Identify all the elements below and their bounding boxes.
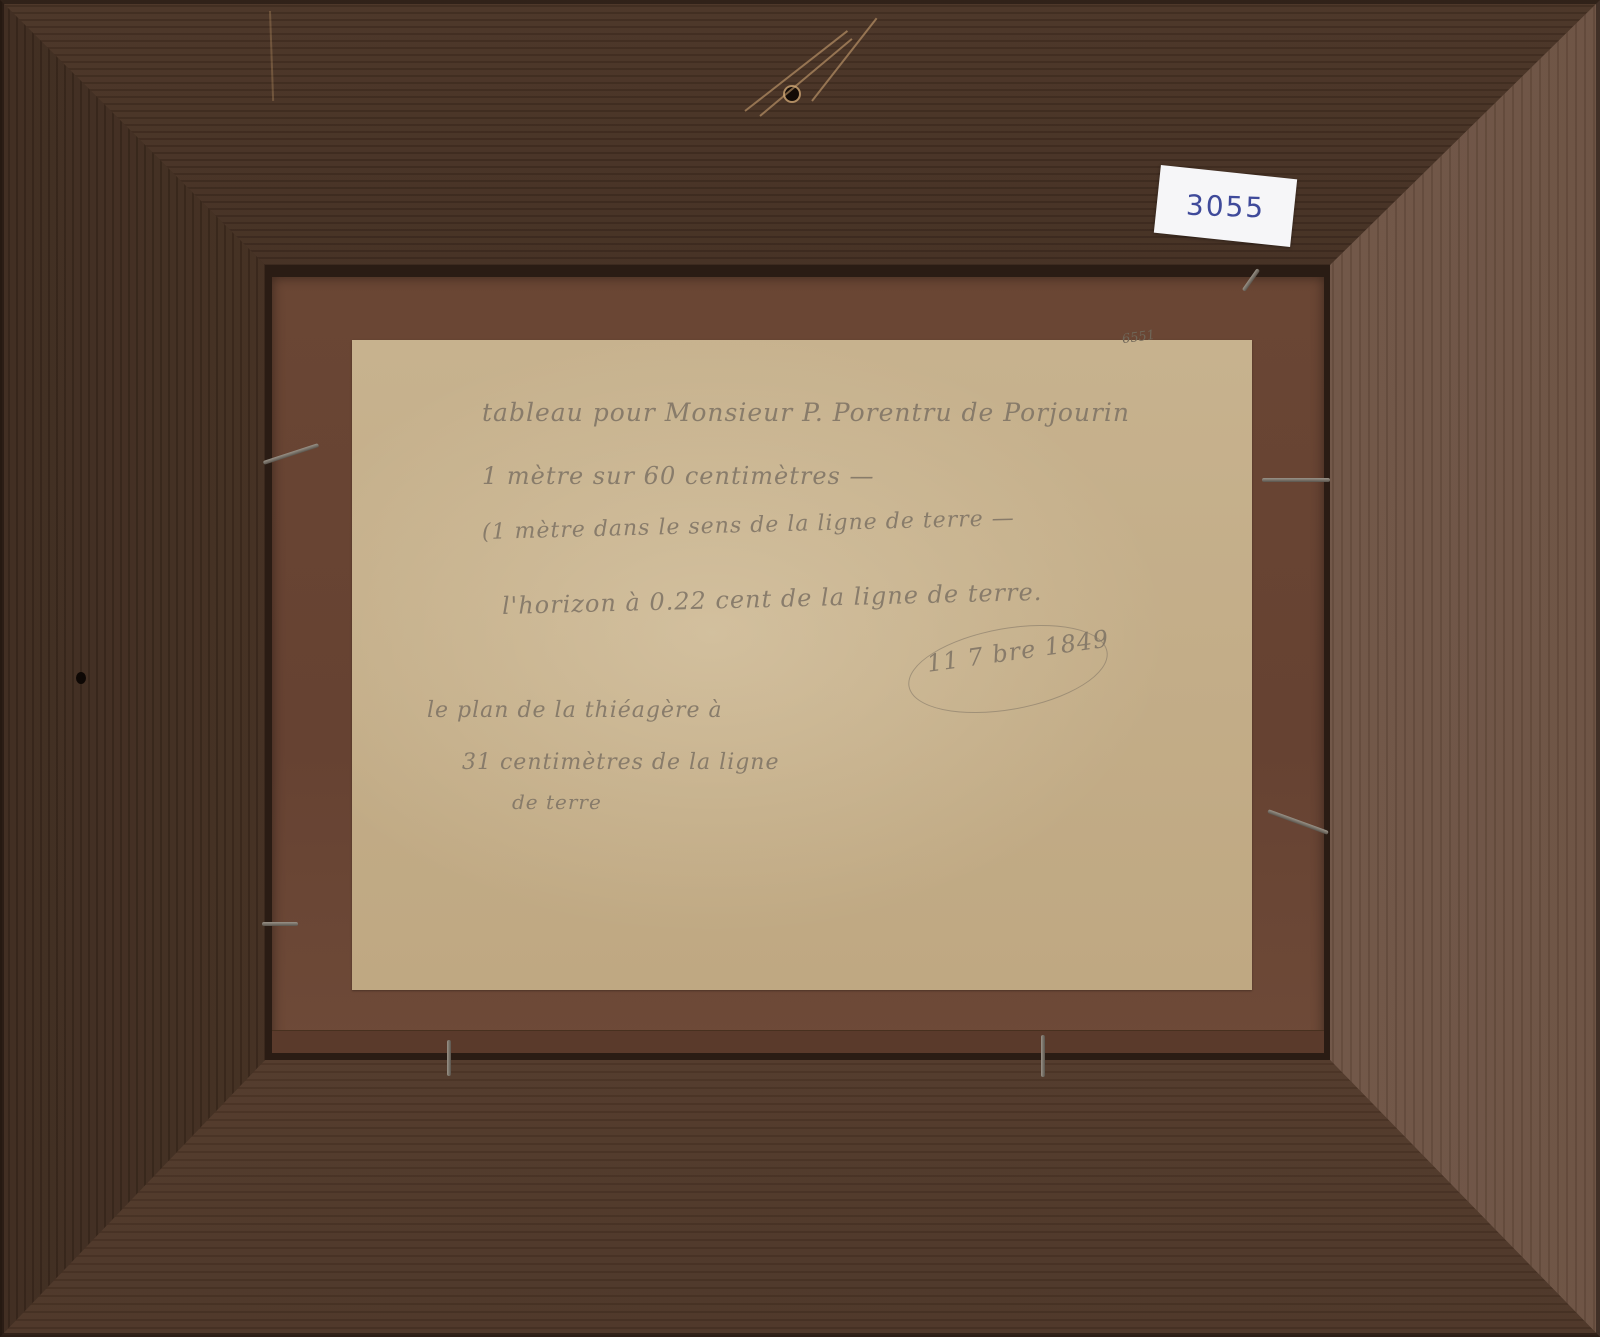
- note-line-8: de terre: [512, 790, 602, 814]
- inventory-sticker: 3055: [1154, 165, 1297, 247]
- retaining-nail: [262, 922, 298, 926]
- frame-back-photo: tableau pour Monsieur P. Porentru de Por…: [0, 0, 1600, 1337]
- handwritten-note: tableau pour Monsieur P. Porentru de Por…: [352, 340, 1252, 990]
- retaining-nail: [447, 1040, 451, 1076]
- note-line-4: l'horizon à 0.22 cent de la ligne de ter…: [502, 578, 1043, 620]
- retaining-nail: [1041, 1035, 1045, 1077]
- retaining-nail: [1262, 478, 1330, 482]
- note-line-1: tableau pour Monsieur P. Porentru de Por…: [482, 398, 1130, 427]
- backing-board-edge: [272, 1030, 1324, 1053]
- note-line-2: 1 mètre sur 60 centimètres —: [482, 462, 875, 490]
- knot-hole: [76, 672, 86, 684]
- note-line-6: le plan de la thiéagère à: [427, 698, 723, 723]
- note-line-3: (1 mètre dans le sens de la ligne de ter…: [482, 506, 1015, 545]
- note-line-7: 31 centimètres de la ligne: [462, 750, 780, 775]
- sticker-number: 3055: [1185, 188, 1265, 224]
